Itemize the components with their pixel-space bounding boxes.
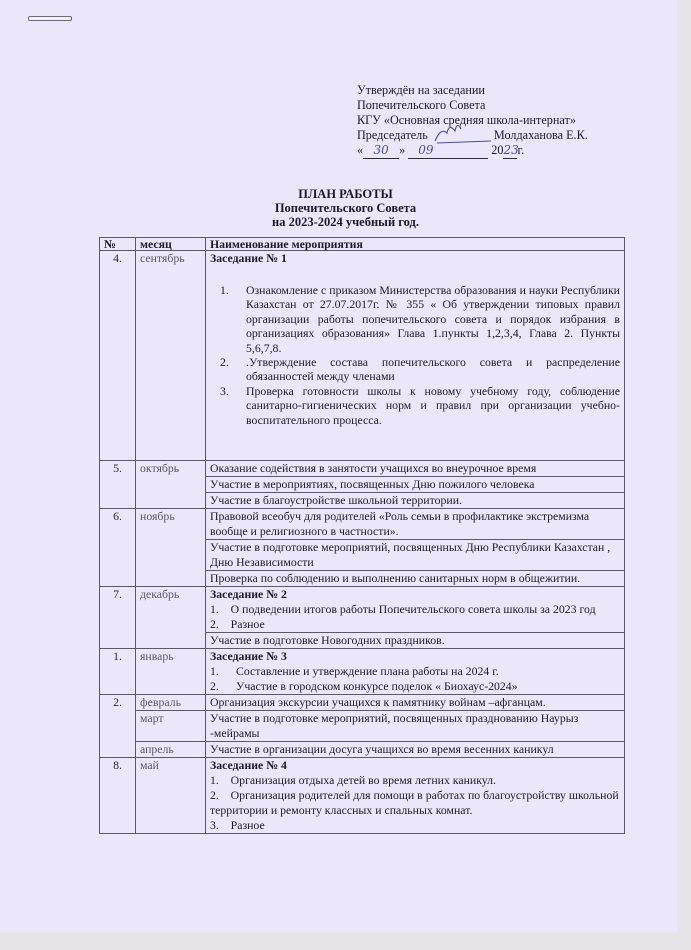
row-event: Заседание № 3 1.Составление и утверждени…: [206, 649, 625, 695]
header-month: месяц: [136, 238, 206, 251]
row-num: 7.: [100, 587, 136, 649]
row-num: 6.: [100, 509, 136, 587]
approval-date: «30» 09 2023г.: [357, 143, 657, 159]
date-year-end: г.: [517, 143, 524, 157]
table-row: 8. май Заседание № 4 1. Организация отды…: [100, 758, 625, 834]
row-month: сентябрь: [136, 251, 206, 461]
row-month: ноябрь: [136, 509, 206, 587]
row-event: Участие в организации досуга учащихся во…: [206, 742, 625, 758]
row-month: апрель: [136, 742, 206, 758]
row-num: 1.: [100, 649, 136, 695]
header-event: Наименование мероприятия: [206, 238, 625, 251]
row-event: Заседание № 4 1. Организация отдыха дете…: [206, 758, 625, 834]
meeting-title: Заседание № 3: [210, 649, 620, 664]
table-row: 2. февраль Организация экскурсии учащихс…: [100, 695, 625, 711]
table-header: № месяц Наименование мероприятия: [100, 238, 625, 251]
row-event: Организация экскурсии учащихся к памятни…: [206, 695, 625, 711]
row-num: 2.: [100, 695, 136, 758]
scanned-page: Утверждён на заседании Попечительского С…: [0, 0, 677, 932]
meeting-title: Заседание № 2: [210, 587, 620, 602]
row-month: декабрь: [136, 587, 206, 649]
row-event: Участие в подготовке Новогодних праздник…: [206, 633, 625, 649]
agenda-item: 1. Организация отдыха детей во время лет…: [210, 773, 620, 788]
row-month: январь: [136, 649, 206, 695]
date-month: 09: [408, 143, 433, 157]
date-day: 30: [373, 143, 388, 157]
row-event: Оказание содействия в занятости учащихся…: [206, 461, 625, 477]
chair-name: Молдаханова Е.К.: [494, 128, 588, 142]
meeting-title: Заседание № 1: [210, 251, 620, 266]
meeting-agenda: 1.Составление и утверждение плана работы…: [210, 664, 620, 694]
plan-table: № месяц Наименование мероприятия 4. сент…: [99, 237, 625, 834]
table-row: 4. сентябрь Заседание № 1 1.Ознакомление…: [100, 251, 625, 461]
approval-block: Утверждён на заседании Попечительского С…: [357, 83, 657, 159]
agenda-item: 2.Участие в городском конкурсе поделок «…: [210, 679, 620, 694]
plan-subtitle: Попечительского Совета: [0, 201, 691, 215]
agenda-item: 1.Ознакомление с приказом Министерства о…: [220, 283, 620, 355]
row-num: 4.: [100, 251, 136, 461]
chair-line: Председатель Молдаханова Е.К.: [357, 128, 657, 143]
agenda-item: 1.Составление и утверждение плана работы…: [210, 664, 620, 679]
header-num: №: [100, 238, 136, 251]
row-event: Проверка по соблюдению и выполнению сани…: [206, 571, 625, 587]
date-quote-close: »: [399, 143, 405, 157]
meeting-agenda: 1.Ознакомление с приказом Министерства о…: [220, 283, 620, 427]
agenda-item: 1. О подведении итогов работы Попечитель…: [210, 602, 620, 617]
agenda-item: 3.Проверка готовности школы к новому уче…: [220, 384, 620, 427]
table-row: 7. декабрь Заседание № 2 1. О подведении…: [100, 587, 625, 633]
table-row: 6. ноябрь Правовой всеобуч для родителей…: [100, 509, 625, 540]
approval-line-2: Попечительского Совета: [357, 98, 657, 113]
row-event: Заседание № 2 1. О подведении итогов раб…: [206, 587, 625, 633]
agenda-item: 2..Утверждение состава попечительского с…: [220, 355, 620, 384]
row-event: Заседание № 1 1.Ознакомление с приказом …: [206, 251, 625, 461]
agenda-item: 2. Организация родителей для помощи в ра…: [210, 788, 620, 818]
agenda-item: 2. Разное: [210, 617, 620, 632]
agenda-item: 3. Разное: [210, 818, 620, 833]
table-row: 1. январь Заседание № 3 1.Составление и …: [100, 649, 625, 695]
row-month: октябрь: [136, 461, 206, 509]
plan-year: на 2023-2024 учебный год.: [0, 215, 691, 229]
chair-label: Председатель: [357, 128, 428, 142]
row-event: Участие в подготовке мероприятий, посвящ…: [206, 711, 625, 742]
row-event: Правовой всеобуч для родителей «Роль сем…: [206, 509, 625, 540]
table-row: апрель Участие в организации досуга учащ…: [100, 742, 625, 758]
approval-line-1: Утверждён на заседании: [357, 83, 657, 98]
row-event: Участие в мероприятиях, посвященных Дню …: [206, 477, 625, 493]
row-month: май: [136, 758, 206, 834]
table-row: 5. октябрь Оказание содействия в занятос…: [100, 461, 625, 477]
plan-title: ПЛАН РАБОТЫ: [0, 187, 691, 201]
staple-mark: [28, 16, 72, 21]
row-month: март: [136, 711, 206, 742]
row-num: 8.: [100, 758, 136, 834]
table-row: март Участие в подготовке мероприятий, п…: [100, 711, 625, 742]
meeting-title: Заседание № 4: [210, 758, 620, 773]
row-month: февраль: [136, 695, 206, 711]
row-event: Участие в благоустройстве школьной терри…: [206, 493, 625, 509]
row-num: 5.: [100, 461, 136, 509]
signature-icon: [431, 129, 491, 143]
approval-line-3: КГУ «Основная средняя школа-интернат»: [357, 113, 657, 128]
row-event: Участие в подготовке мероприятий, посвящ…: [206, 540, 625, 571]
